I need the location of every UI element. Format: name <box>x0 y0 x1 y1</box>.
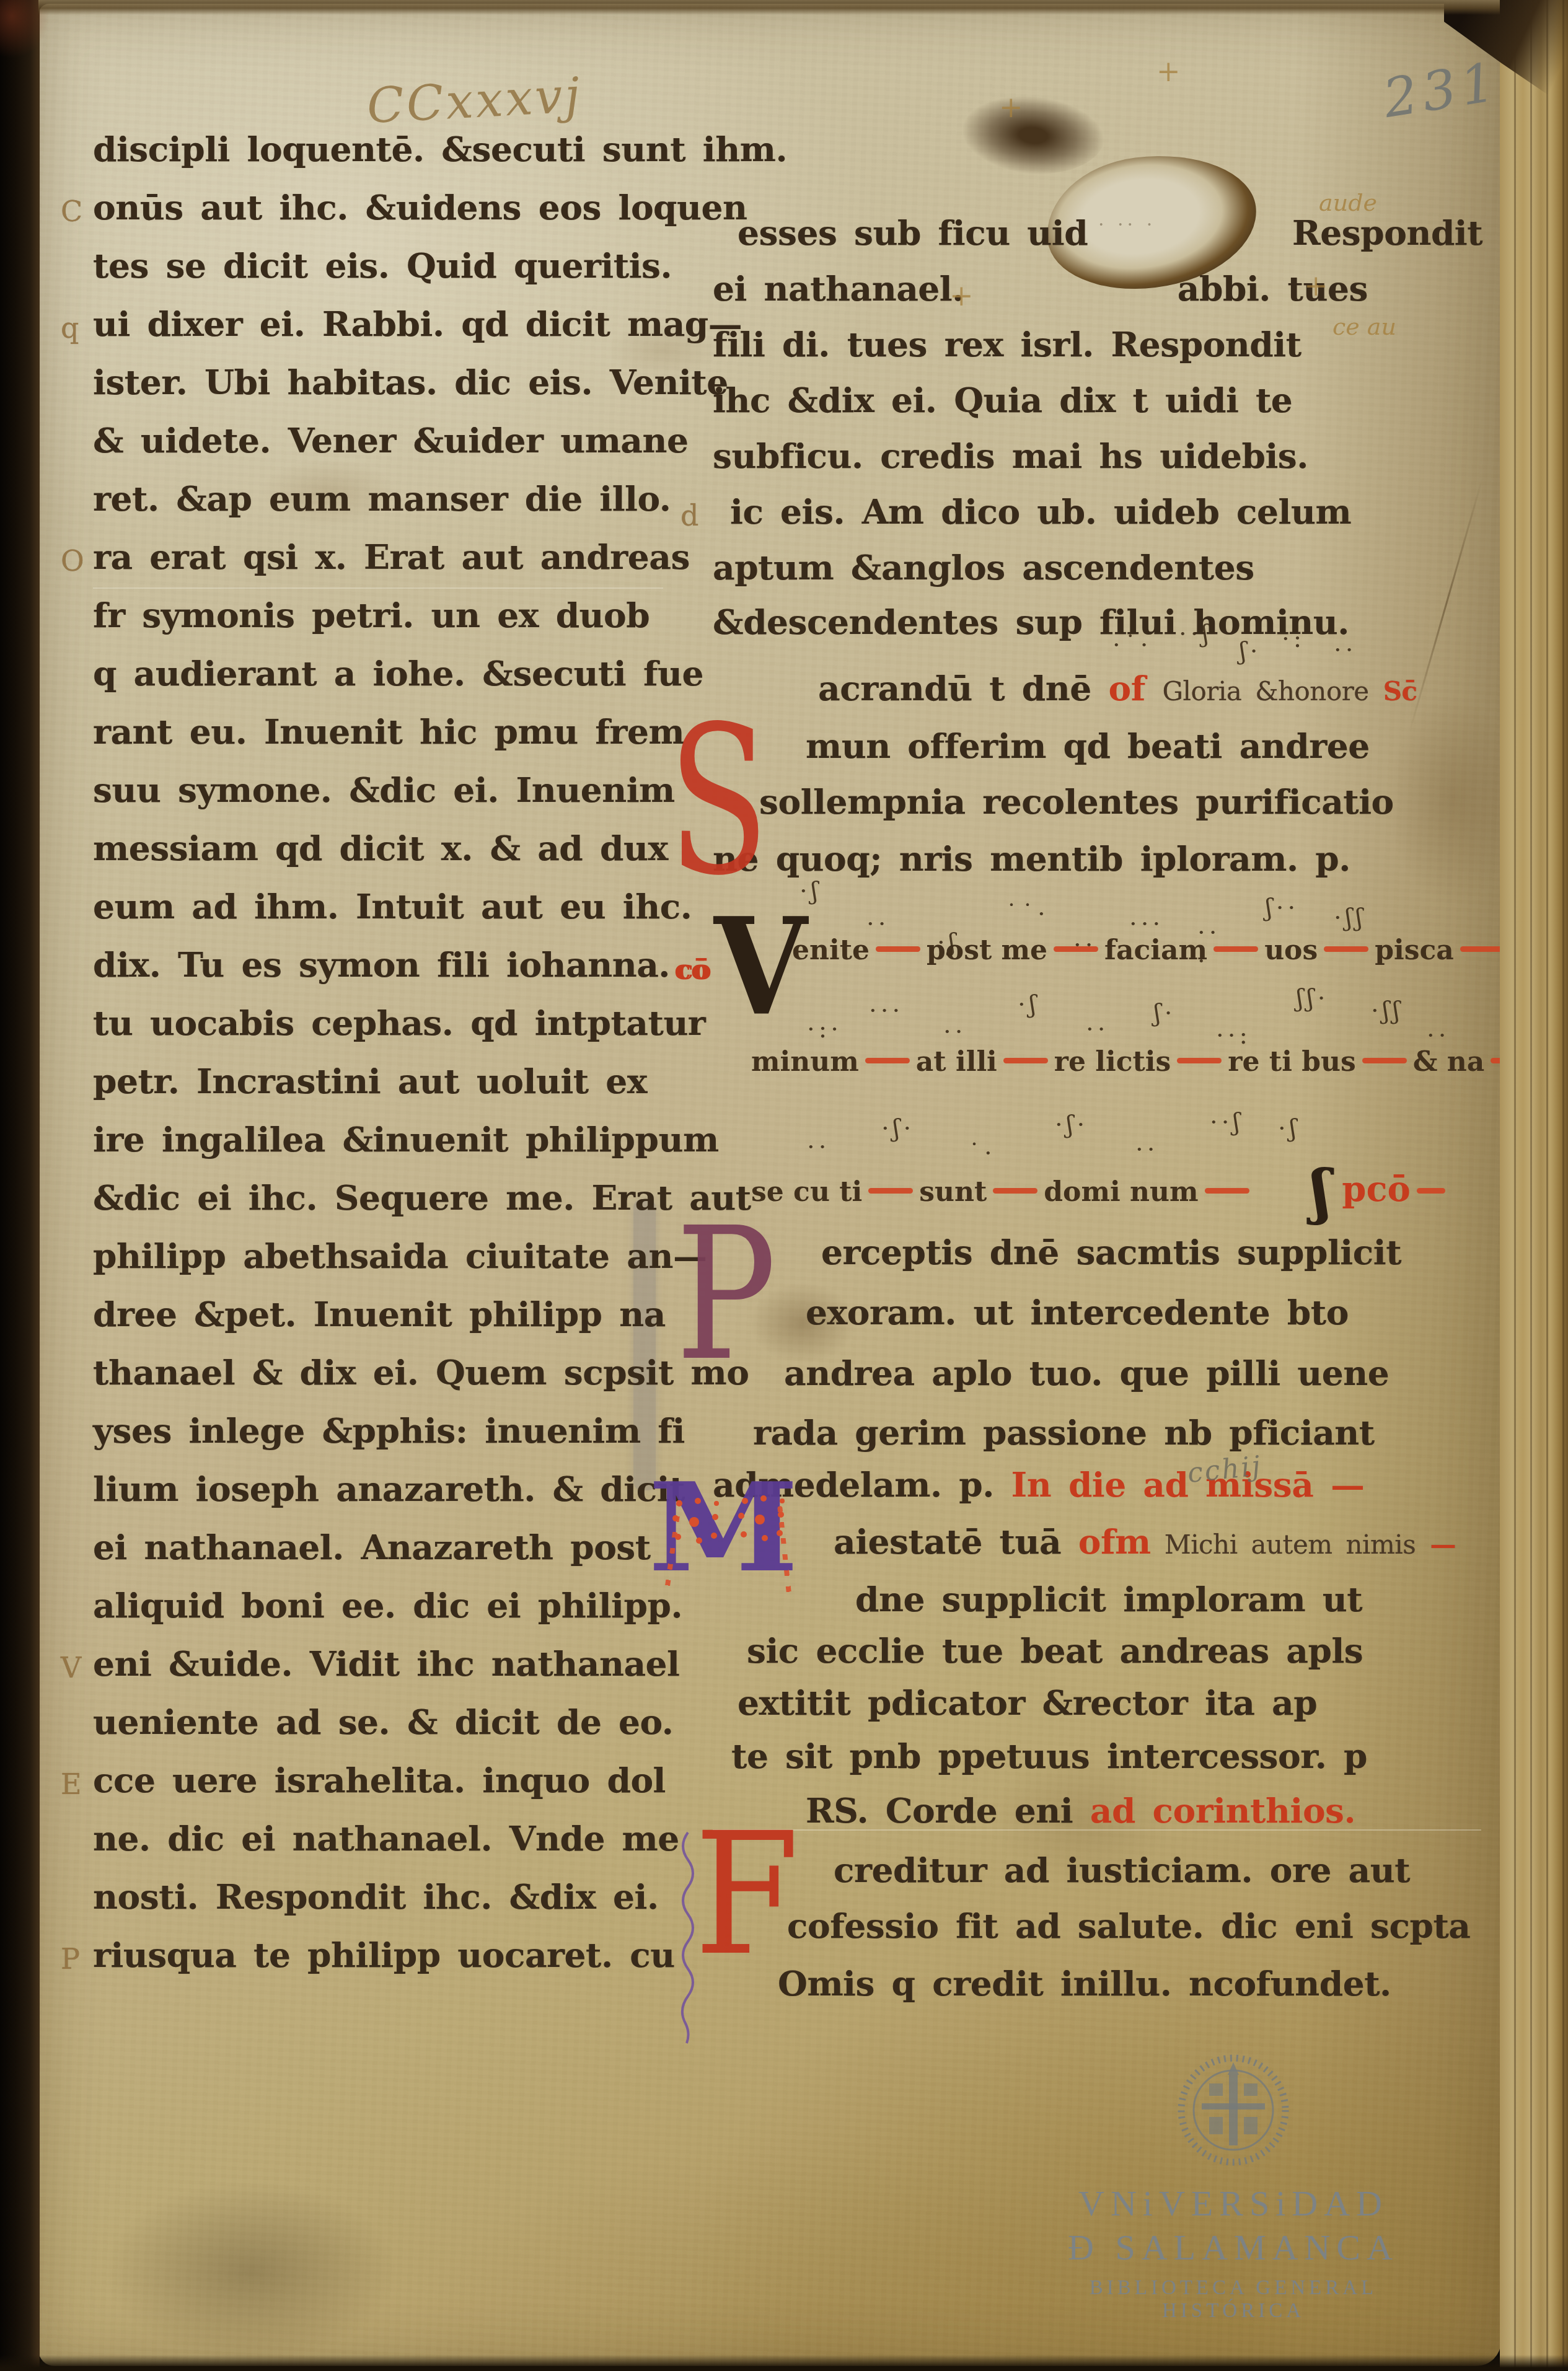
text-line: fili di. tues rex isrl. Respondit <box>713 322 1302 367</box>
text-line: ister. Ubi habitas. dic eis. Venite <box>93 360 728 405</box>
neume-cluster: ·ʃʃ <box>1334 904 1366 932</box>
text-line: & uidete. Vener &uider umane <box>93 418 688 463</box>
text-line: tu uocabis cephas. qd intptatur <box>93 1001 705 1045</box>
text-line: RS. Corde eni ad corinthios. <box>806 1788 1355 1833</box>
margin-note: · ·· · <box>1098 214 1156 235</box>
text-line: rada gerim passione nb pficiant <box>753 1410 1375 1455</box>
cross-mark: + <box>949 279 974 312</box>
cross-mark: + <box>999 90 1023 124</box>
text-line: dic eis. Am dico ub. uideb celum <box>730 490 1351 534</box>
text-line: Veni &uide. Vidit ihc nathanael <box>93 1642 680 1686</box>
text-line: tes se dicit eis. Quid queritis. <box>93 244 672 288</box>
text-line: admedelam. p. In die ad missā — <box>713 1463 1364 1507</box>
initial-V-venite: V <box>714 900 807 1033</box>
syllable-dash <box>865 1058 910 1063</box>
margin-guide-letter: O <box>61 539 84 583</box>
neume-cluster: ·· <box>1073 931 1096 959</box>
text-line: aiestatē tuā ofm Michi autem nimis — <box>834 1520 1456 1567</box>
syllable-dash <box>876 946 920 952</box>
text-line: thanael & dix ei. Quem scpsit mo <box>93 1350 749 1395</box>
neume-cluster: ·ʃ· <box>1055 1111 1088 1139</box>
text-line: ihc &dix ei. Quia dix t uidi te <box>713 378 1292 423</box>
syllable-dash <box>1177 1058 1222 1063</box>
neume-cluster: ·ʃ· <box>881 1114 915 1143</box>
margin-guide-letter: C <box>61 189 82 234</box>
library-stamp: VNiVERSiDAD Ð SALAMANCA BIBLIOTECA GENER… <box>1016 2051 1450 2323</box>
text-line: ne quoq; nris mentib iploram. p. <box>713 837 1350 881</box>
syllable-dash <box>1460 946 1505 952</box>
neume-cluster: ·ʃ <box>1278 1114 1300 1143</box>
neume-cluster: ·· <box>1086 1015 1109 1044</box>
neume-cluster: ··· <box>1129 910 1164 938</box>
neume-cluster: ·˙· <box>1112 631 1152 659</box>
text-line: nosti. Respondit ihc. &dix ei. <box>93 1875 659 1919</box>
text-line: creditur ad iusticiam. ore aut <box>834 1848 1410 1893</box>
text-line: Ora erat qsi x. Erat aut andreas <box>93 535 690 579</box>
text-line: &dic ei ihc. Sequere me. Erat aut <box>93 1176 751 1220</box>
neume-cluster: ·· <box>943 1018 966 1046</box>
text-line: Omis q credit inillu. ncofundet. <box>778 1961 1391 2006</box>
binding-edge-left <box>0 0 40 2371</box>
communio-mark: cō <box>674 954 709 986</box>
neume-cluster: ʃ· <box>1154 999 1176 1027</box>
text-line: fr symonis petri. un ex duob <box>93 593 650 638</box>
folio-mark: CCxxxvj <box>366 68 584 134</box>
text-line: exoram. ut intercedente bto <box>806 1290 1349 1335</box>
margin-guide-letter: E <box>61 1762 81 1806</box>
text-line: extitit pdicator &rector ita ap <box>738 1681 1317 1725</box>
neume-cluster: ·ʃ <box>1018 990 1040 1019</box>
text-line: te sit pnb ppetuus intercessor. p <box>731 1734 1367 1779</box>
neume-cluster: ʃ·· <box>1266 894 1299 922</box>
fore-edge-pages-right <box>1500 0 1568 2371</box>
text-line: discipli loquentē. &secuti sunt ihm. <box>93 127 787 172</box>
margin-guide-letter: d <box>680 493 698 538</box>
text-line: sic ecclie tue beat andreas apls <box>747 1629 1363 1673</box>
neume-cluster: ·· <box>866 910 889 938</box>
neume-cluster: ·· · <box>1197 918 1220 975</box>
initial-F-flourish <box>676 1829 697 2049</box>
neume-cluster: ·ʃʃ <box>1371 996 1403 1025</box>
text-line: ire ingalilea &inuenit philippum <box>93 1117 719 1162</box>
text-line: Conūs aut ihc. &uidens eos loquen <box>93 185 747 230</box>
text-line: lium ioseph anazareth. & dicit <box>93 1467 685 1511</box>
neume-cluster: ·· <box>807 1133 830 1161</box>
text-line: cofessio fit ad salute. dic eni scpta <box>787 1904 1470 1948</box>
cross-mark: + <box>1304 269 1328 302</box>
text-line: ei nathanael.abbi. tues <box>713 266 1368 311</box>
text-line: mun offerim qd beati andree <box>806 724 1370 768</box>
neume-cluster: ·· <box>1427 1021 1450 1050</box>
chant-text-line: minumat illire lictisre ti bus& naui <box>751 1046 1568 1078</box>
syllable-dash <box>1205 1188 1249 1194</box>
syllable-dash <box>1362 1058 1407 1063</box>
corner-shadow-stain <box>105 2181 397 2361</box>
text-line: suu symone. &dic ei. Inuenim <box>93 768 675 812</box>
text-line: yses inlege &pphis: inuenim fi <box>93 1409 685 1453</box>
syllable-dash <box>1324 946 1368 952</box>
text-line: sollempnia recolentes purificatio <box>759 780 1394 824</box>
syllable-dash <box>868 1188 913 1194</box>
initial-M-dot-rosette <box>689 1517 699 1527</box>
university-seal-icon <box>1174 2051 1292 2169</box>
stamp-text-library: BIBLIOTECA GENERAL HISTÓRICA <box>1016 2277 1450 2323</box>
verse-mark: pcō <box>1342 1169 1411 1210</box>
text-line: dne supplicit imploram ut <box>855 1577 1362 1622</box>
text-line: aptum &anglos ascendentes <box>713 545 1254 590</box>
page-bottom-edge <box>0 2355 1568 2371</box>
chant-text-line: enitepost mefaciamuospiscatoresho <box>792 935 1568 966</box>
text-line: petr. Incrastini aut uoluit ex <box>93 1059 647 1104</box>
text-line: acrandū t dnē of Gloria &honore Sc̄ <box>818 666 1417 714</box>
neume-cluster: ˙˙· <box>1005 900 1049 928</box>
margin-note: aude <box>1319 189 1377 216</box>
text-line: eum ad ihm. Intuit aut eu ihc. <box>93 884 692 929</box>
margin-guide-letter: V <box>61 1645 81 1690</box>
initial-F-fratres: F <box>694 1811 799 1979</box>
margin-guide-letter: P <box>61 1937 79 1981</box>
verse-flourish: ʃ <box>1311 1156 1331 1226</box>
text-line: ne. dic ei nathanael. Vnde me <box>93 1816 679 1861</box>
neume-cluster: ·:· <box>807 1015 842 1044</box>
margin-guide-letter: q <box>61 306 79 350</box>
text-line: dix. Tu es symon fili iohanna. <box>93 943 670 987</box>
neume-cluster: ··ʃ <box>1210 1108 1243 1137</box>
text-line: q audierant a iohe. &secuti fue <box>93 651 703 696</box>
page-top-edge <box>38 0 1500 15</box>
margin-note: ce au <box>1332 313 1396 340</box>
manuscript-photo: CCxxxvj 231 discipli loquentē. &secuti s… <box>0 0 1568 2371</box>
neume-cluster: ·· <box>1135 1135 1158 1164</box>
text-line: qui dixer ei. Rabbi. qd dicit mag— <box>93 302 742 346</box>
neume-cluster: ʃʃ· <box>1297 984 1329 1013</box>
text-line: andrea aplo tuo. que pilli uene <box>784 1351 1389 1396</box>
initial-S-sacrandum: S <box>668 699 769 904</box>
neume-cluster: ·: <box>1282 625 1305 653</box>
text-line: Priusqua te philipp uocaret. cu <box>93 1933 675 1977</box>
initial-P-perceptis: P <box>676 1203 777 1386</box>
neume-cluster: ·· <box>1334 636 1357 664</box>
stamp-text-salamanca: Ð SALAMANCA <box>1016 2227 1450 2268</box>
cross-mark: + <box>1156 55 1181 88</box>
text-line: philipp abethsaida ciuitate an— <box>93 1234 707 1278</box>
text-line: aliquid boni ee. dic ei philipp. <box>93 1583 682 1628</box>
text-line: rant eu. Inuenit hic pmu frem <box>93 710 684 754</box>
text-line: messiam qd dicit x. & ad dux <box>93 826 668 871</box>
chant-text-line: se cu tisuntdomi numʃpcō <box>751 1156 1451 1226</box>
text-line: subficu. credis mai hs uidebis. <box>713 434 1308 478</box>
text-line: dree &pet. Inuenit philipp na <box>93 1292 666 1337</box>
text-line: erceptis dnē sacmtis supplicit <box>821 1230 1401 1275</box>
crease-line <box>93 587 663 589</box>
neume-cluster: ·ʃ <box>937 928 959 957</box>
neume-cluster: ˙· <box>968 1139 996 1168</box>
text-line: ei nathanael. Anazareth post <box>93 1525 651 1570</box>
margin-stain <box>1388 694 1518 905</box>
neume-cluster: ʃ· <box>1240 637 1262 666</box>
syllable-dash <box>993 1188 1037 1194</box>
neume-cluster: ··ʃ <box>1179 620 1212 648</box>
text-line: ret. &ap eum manser die illo. <box>93 477 671 521</box>
stamp-text-university: VNiVERSiDAD <box>1016 2183 1450 2224</box>
initial-M-dot-rosette <box>755 1515 765 1524</box>
neume-cluster: ··· <box>869 996 904 1025</box>
text-line: Ecce uere israhelita. inquo dol <box>93 1758 666 1803</box>
neume-cluster: ··: <box>1216 1021 1251 1050</box>
syllable-dash <box>1003 1058 1048 1063</box>
text-line: ueniente ad se. & dicit de eo. <box>93 1700 673 1744</box>
